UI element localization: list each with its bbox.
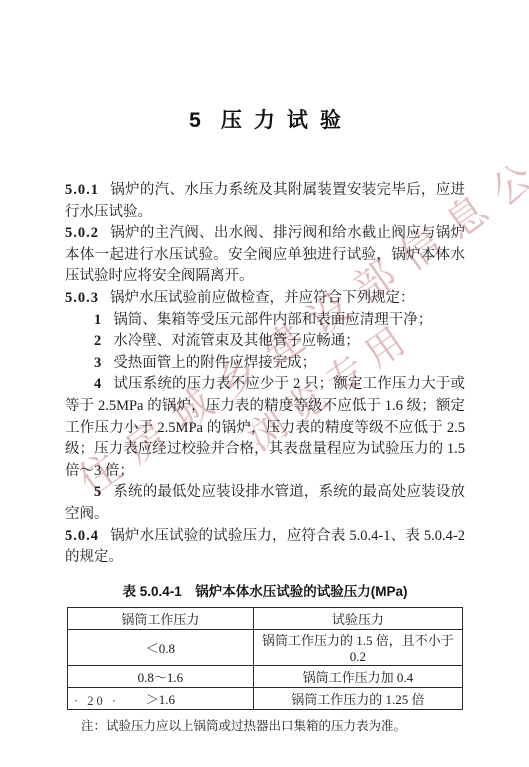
table-cell: 锅筒工作压力的 1.5 倍，且不小于 0.2 [253,629,462,665]
table-cell: 锅筒工作压力加 0.4 [253,665,462,687]
clause-text: 锅炉水压试验前应做检查，并应符合下列规定： [110,290,415,306]
item-text: 试压系统的压力表不应少于 2 只；额定工作压力大于或等于 2.5MPa 的锅炉，… [65,376,465,478]
list-item-3: 3受热面管上的附件应焊接完成； [65,353,465,375]
item-number: 4 [94,376,101,392]
table-row: ＞1.6 锅筒工作压力的 1.25 倍 [68,687,463,709]
clause-text: 锅炉的主汽阀、出水阀、排污阀和给水截止阀应与锅炉本体一起进行水压试验。安全阀应单… [65,225,465,284]
clause-number: 5.0.1 [65,182,99,198]
item-number: 3 [94,355,101,371]
list-item-5: 5系统的最低处应装设排水管道，系统的最高处应装设放空阀。 [65,482,465,525]
clause-number: 5.0.3 [65,290,99,306]
table-header-row: 锅筒工作压力 试验压力 [68,607,463,629]
list-item-4: 4试压系统的压力表不应少于 2 只；额定工作压力大于或等于 2.5MPa 的锅炉… [65,374,465,482]
pressure-test-table: 锅筒工作压力 试验压力 ＜0.8 锅筒工作压力的 1.5 倍，且不小于 0.2 … [67,607,463,710]
page-content: 5压力试验 5.0.1锅炉的汽、水压力系统及其附属装置安装完毕后，应进行水压试验… [65,104,465,735]
table-row: 0.8～1.6 锅筒工作压力加 0.4 [68,665,463,687]
table-note: 注：试验压力应以上锅筒或过热器出口集箱的压力表为准。 [81,717,465,735]
table-cell: ＜0.8 [68,629,254,665]
clause-5-0-3: 5.0.3锅炉水压试验前应做检查，并应符合下列规定： [65,288,465,310]
table-header-cell: 锅筒工作压力 [68,607,254,629]
chapter-title-text: 压力试验 [221,109,353,132]
table-cell: 0.8～1.6 [68,665,254,687]
item-text: 水冷壁、对流管束及其他管子应畅通； [113,333,360,349]
table-caption: 表 5.0.4-1 锅炉本体水压试验的试验压力(MPa) [65,580,465,600]
page-number: · 20 · [74,694,119,709]
item-number: 1 [94,312,101,328]
item-text: 锅筒、集箱等受压元部件内部和表面应清理干净； [113,312,432,328]
list-item-1: 1锅筒、集箱等受压元部件内部和表面应清理干净； [65,310,465,332]
clause-text: 锅炉的汽、水压力系统及其附属装置安装完毕后，应进行水压试验。 [65,182,465,220]
table-row: ＜0.8 锅筒工作压力的 1.5 倍，且不小于 0.2 [68,629,463,665]
item-text: 系统的最低处应装设排水管道，系统的最高处应装设放空阀。 [65,484,465,522]
clause-number: 5.0.4 [65,528,99,544]
item-number: 5 [94,484,101,500]
table-header-cell: 试验压力 [253,607,462,629]
clause-text: 锅炉水压试验的试验压力，应符合表 5.0.4-1、表 5.0.4-2 的规定。 [65,528,465,566]
chapter-title: 5压力试验 [65,104,465,134]
clause-5-0-4: 5.0.4锅炉水压试验的试验压力，应符合表 5.0.4-1、表 5.0.4-2 … [65,526,465,569]
document-page: 住房城乡建设部信息公开 浏览专用 5压力试验 5.0.1锅炉的汽、水压力系统及其… [0,0,529,767]
list-item-2: 2水冷壁、对流管束及其他管子应畅通； [65,331,465,353]
item-text: 受热面管上的附件应焊接完成； [113,355,316,371]
chapter-number: 5 [189,109,201,132]
clause-number: 5.0.2 [65,225,99,241]
table-cell: 锅筒工作压力的 1.25 倍 [253,687,462,709]
item-number: 2 [94,333,101,349]
clause-5-0-1: 5.0.1锅炉的汽、水压力系统及其附属装置安装完毕后，应进行水压试验。 [65,180,465,223]
clause-5-0-2: 5.0.2锅炉的主汽阀、出水阀、排污阀和给水截止阀应与锅炉本体一起进行水压试验。… [65,223,465,288]
